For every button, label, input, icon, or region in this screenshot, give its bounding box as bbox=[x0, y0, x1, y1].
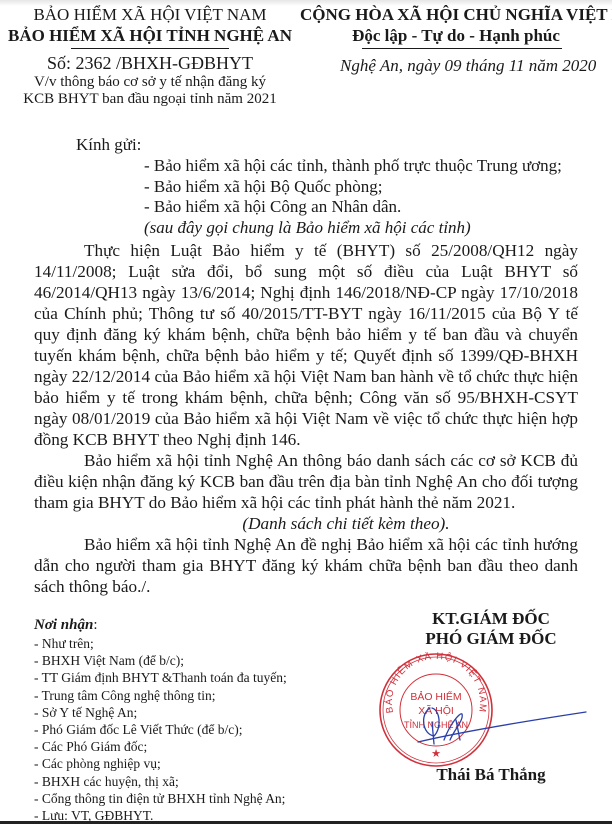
signer-role-2: PHÓ GIÁM ĐỐC bbox=[398, 629, 584, 649]
recipients-title-colon: : bbox=[93, 617, 97, 633]
body-paragraph-request: Bảo hiểm xã hội tỉnh Nghệ An đề nghị Bảo… bbox=[34, 534, 578, 597]
recipients-block: Nơi nhận: - Như trên; - BHXH Việt Nam (đ… bbox=[34, 615, 287, 824]
place-date: Nghệ An, ngày 09 tháng 11 năm 2020 bbox=[340, 56, 596, 76]
addressee-label: Kính gửi: bbox=[76, 135, 141, 155]
attachment-note: (Danh sách chi tiết kèm theo). bbox=[34, 513, 578, 534]
recipient-item: - Các Phó Giám đốc; bbox=[34, 738, 287, 755]
recipient-item: - Cổng thông tin điện tử BHXH tỉnh Nghệ … bbox=[34, 790, 287, 807]
recipient-item: - TT Giám định BHYT &Thanh toán đa tuyến… bbox=[34, 669, 287, 686]
signer-role-1: KT.GIÁM ĐỐC bbox=[398, 609, 584, 629]
recipient-item: - Trung tâm Công nghệ thông tin; bbox=[34, 687, 287, 704]
signer-name: Thái Bá Thắng bbox=[416, 765, 566, 785]
header-rule-right bbox=[362, 48, 562, 49]
recipient-item: - Các phòng nghiệp vụ; bbox=[34, 755, 287, 772]
body-paragraph-legal-basis: Thực hiện Luật Bảo hiểm y tế (BHYT) số 2… bbox=[34, 240, 578, 450]
addressee-item: - Bảo hiểm xã hội các tỉnh, thành phố tr… bbox=[144, 156, 562, 177]
subject-line-2: KCB BHYT ban đầu ngoại tỉnh năm 2021 bbox=[0, 91, 300, 108]
subject-line-1: V/v thông báo cơ sở y tế nhận đăng ký bbox=[0, 74, 300, 91]
recipient-item: - Sở Y tế Nghệ An; bbox=[34, 704, 287, 721]
addressee-list: - Bảo hiểm xã hội các tỉnh, thành phố tr… bbox=[144, 156, 562, 238]
issuer-header: BẢO HIỂM XÃ HỘI VIỆT NAM BẢO HIỂM XÃ HỘI… bbox=[0, 4, 300, 108]
national-motto: Độc lập - Tự do - Hạnh phúc bbox=[300, 25, 612, 46]
recipients-title-text: Nơi nhận bbox=[34, 617, 93, 633]
document-body: Thực hiện Luật Bảo hiểm y tế (BHYT) số 2… bbox=[34, 240, 578, 597]
nation-title: CỘNG HÒA XÃ HỘI CHỦ NGHĨA VIỆT NAM bbox=[300, 4, 612, 25]
issuing-agency: BẢO HIỂM XÃ HỘI TỈNH NGHỆ AN bbox=[0, 25, 300, 46]
recipient-item: - Như trên; bbox=[34, 635, 287, 652]
recipient-item: - BHXH Việt Nam (để b/c); bbox=[34, 652, 287, 669]
signature-block: KT.GIÁM ĐỐC PHÓ GIÁM ĐỐC bbox=[398, 609, 584, 649]
addressee-note: (sau đây gọi chung là Bảo hiểm xã hội cá… bbox=[144, 218, 562, 239]
recipient-item: - BHXH các huyện, thị xã; bbox=[34, 773, 287, 790]
handwritten-signature-icon bbox=[410, 700, 590, 750]
parent-agency: BẢO HIỂM XÃ HỘI VIỆT NAM bbox=[0, 4, 300, 25]
national-header: CỘNG HÒA XÃ HỘI CHỦ NGHĨA VIỆT NAM Độc l… bbox=[300, 4, 612, 49]
recipient-item: - Phó Giám đốc Lê Viết Thức (để b/c); bbox=[34, 721, 287, 738]
body-paragraph-announcement: Bảo hiểm xã hội tỉnh Nghệ An thông báo d… bbox=[34, 450, 578, 513]
header-rule-left bbox=[71, 48, 229, 49]
addressee-item: - Bảo hiểm xã hội Bộ Quốc phòng; bbox=[144, 177, 562, 198]
document-number: Số: 2362 /BHXH-GĐBHYT bbox=[0, 52, 300, 74]
addressee-item: - Bảo hiểm xã hội Công an Nhân dân. bbox=[144, 197, 562, 218]
recipients-title: Nơi nhận: bbox=[34, 615, 287, 635]
